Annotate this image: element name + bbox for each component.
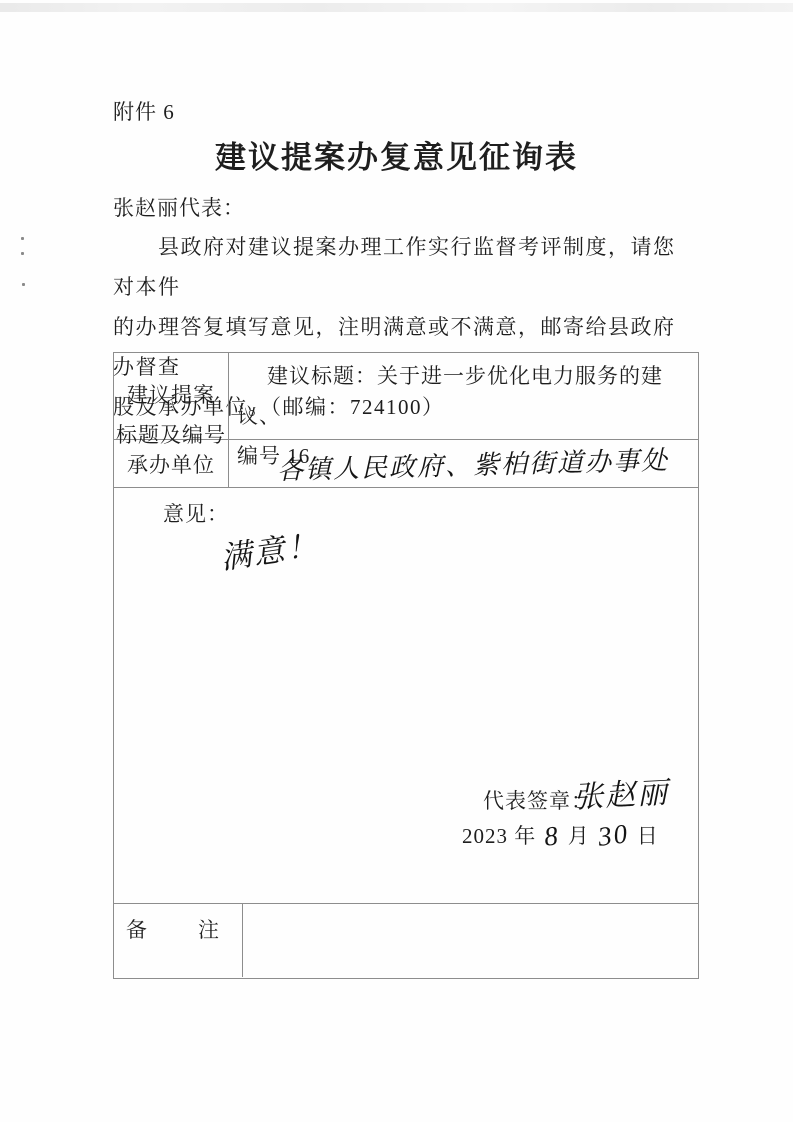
opinion-label: 意见：	[163, 498, 229, 528]
scan-dot	[21, 252, 24, 255]
title-number-label-line1: 建议提案	[114, 375, 228, 415]
date-day-handwriting: 30	[596, 818, 631, 853]
undertaker-label-cell: 承办单位	[114, 440, 229, 487]
proposal-title-text: 建议标题：关于进一步优化电力服务的建议、	[237, 356, 690, 436]
undertaker-handwriting: 各镇人民政府、紫柏街道办事处	[277, 440, 670, 487]
table-row-opinion: 意见： 满意！ 代表签章： 张赵丽 2023 年 8 月 30 日	[114, 487, 698, 903]
date-month-handwriting: 8	[543, 820, 562, 852]
consultation-form-table: 建议提案 标题及编号 建议标题：关于进一步优化电力服务的建议、 编号 16 承办…	[113, 352, 699, 979]
document-title: 建议提案办复意见征询表	[0, 137, 793, 179]
table-row-undertaker: 承办单位 各镇人民政府、紫柏街道办事处	[114, 439, 698, 487]
body-line-1: 县政府对建议提案办理工作实行监督考评制度，请您对本件	[113, 227, 685, 307]
scan-dot	[21, 237, 24, 240]
remark-label-char-right: 注	[198, 914, 220, 977]
date-day-unit: 日	[637, 820, 659, 850]
signature-handwriting: 张赵丽	[572, 768, 670, 817]
date-year: 2023 年	[462, 820, 536, 850]
salutation-line: 张赵丽代表：	[113, 194, 245, 222]
remark-label-cell: 备 注	[114, 904, 243, 977]
attachment-label: 附件 6	[113, 99, 175, 125]
scanned-document-page: 附件 6 建议提案办复意见征询表 张赵丽代表： 县政府对建议提案办理工作实行监督…	[0, 0, 793, 1122]
remark-label-char-left: 备	[126, 914, 148, 977]
opinion-handwriting: 满意！	[217, 519, 321, 577]
table-row-remark: 备 注	[114, 903, 698, 977]
date-line: 2023 年 8 月 30 日	[462, 819, 659, 850]
table-row-title-number: 建议提案 标题及编号 建议标题：关于进一步优化电力服务的建议、 编号 16	[114, 353, 698, 439]
scan-dot	[22, 283, 25, 286]
scan-artifact-streak	[0, 3, 793, 12]
date-month-unit: 月	[568, 820, 590, 850]
undertaker-content-cell: 各镇人民政府、紫柏街道办事处	[229, 440, 698, 487]
remark-content-cell	[243, 904, 698, 977]
